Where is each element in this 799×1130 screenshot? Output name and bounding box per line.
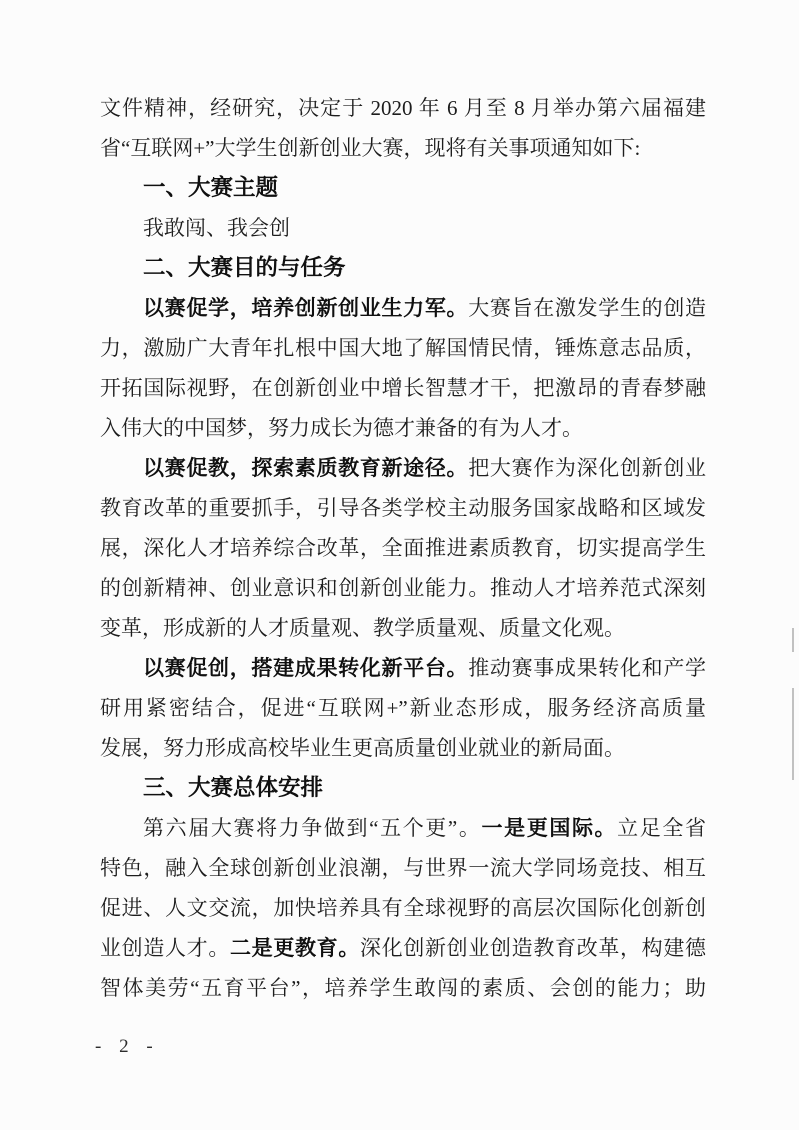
text-run: 特色，融入全球创新创业浪潮，与世界一流大学同场竞技、相互 [100, 856, 706, 880]
text-line: 以赛促学，培养创新创业生力军。大赛旨在激发学生的创造 [100, 288, 706, 328]
text-run: 研用紧密结合，促进“互联网+”新业态形成，服务经济高质量 [100, 696, 706, 720]
text-run: 发展，努力形成高校毕业生更高质量创业就业的新局面。 [100, 736, 625, 760]
text-line: 开拓国际视野，在创新创业中增长智慧才干，把激昂的青春梦融 [100, 368, 706, 408]
section-heading: 一、大赛主题 [100, 168, 706, 208]
text-line: 促进、人文交流，加快培养具有全球视野的高层次国际化创新创 [100, 888, 706, 928]
text-line: 展，深化人才培养综合改革，全面推进素质教育，切实提高学生 [100, 528, 706, 568]
scan-artifact-short [792, 628, 794, 652]
text-run: 力，激励广大青年扎根中国大地了解国情民情，锤炼意志品质， [100, 336, 706, 360]
text-run: 省“互联网+”大学生创新创业大赛，现将有关事项通知如下: [100, 136, 640, 160]
text-run: 业创造人才。 [100, 936, 230, 960]
bold-text-run: 一、大赛主题 [143, 175, 278, 200]
text-line: 业创造人才。二是更教育。深化创新创业创造教育改革，构建德 [100, 928, 706, 968]
section-heading: 三、大赛总体安排 [100, 768, 706, 808]
text-run: 文件精神，经研究，决定于 2020 年 6 月至 8 月举办第六届福建 [100, 96, 706, 120]
text-line: 我敢闯、我会创 [100, 208, 706, 248]
text-run: 立足全省 [617, 816, 706, 840]
text-run: 入伟大的中国梦，努力成长为德才兼备的有为人才。 [100, 416, 583, 440]
text-run: 智体美劳“五育平台”，培养学生敢闯的素质、会创的能力；助 [100, 976, 706, 1000]
text-run: 大赛旨在激发学生的创造 [468, 296, 706, 320]
text-run: 变革，形成新的人才质量观、教学质量观、质量文化观。 [100, 616, 625, 640]
section-heading: 二、大赛目的与任务 [100, 248, 706, 288]
text-line: 研用紧密结合，促进“互联网+”新业态形成，服务经济高质量 [100, 688, 706, 728]
text-run: 展，深化人才培养综合改革，全面推进素质教育，切实提高学生 [100, 536, 706, 560]
page-number: - 2 - [95, 1036, 156, 1058]
text-line: 文件精神，经研究，决定于 2020 年 6 月至 8 月举办第六届福建 [100, 88, 706, 128]
text-line: 第六届大赛将力争做到“五个更”。一是更国际。立足全省 [100, 808, 706, 848]
text-line: 教育改革的重要抓手，引导各类学校主动服务国家战略和区域发 [100, 488, 706, 528]
scan-artifact-long [792, 688, 794, 780]
text-run: 把大赛作为深化创新创业 [468, 456, 706, 480]
text-line: 力，激励广大青年扎根中国大地了解国情民情，锤炼意志品质， [100, 328, 706, 368]
text-run: 开拓国际视野，在创新创业中增长智慧才干，把激昂的青春梦融 [100, 376, 706, 400]
text-run: 促进、人文交流，加快培养具有全球视野的高层次国际化创新创 [100, 896, 706, 920]
text-line: 智体美劳“五育平台”，培养学生敢闯的素质、会创的能力；助 [100, 968, 706, 1008]
text-line: 的创新精神、创业意识和创新创业能力。推动人才培养范式深刻 [100, 568, 706, 608]
text-run: 深化创新创业创造教育改革，构建德 [360, 936, 706, 960]
bold-text-run: 以赛促创，搭建成果转化新平台。 [143, 657, 468, 680]
bold-text-run: 三、大赛总体安排 [143, 775, 323, 800]
text-run: 我敢闯、我会创 [143, 216, 290, 240]
bold-text-run: 二是更教育。 [230, 937, 360, 960]
bold-text-run: 一是更国际。 [481, 817, 617, 840]
text-block: 文件精神，经研究，决定于 2020 年 6 月至 8 月举办第六届福建省“互联网… [100, 88, 706, 1008]
text-line: 入伟大的中国梦，努力成长为德才兼备的有为人才。 [100, 408, 706, 448]
text-line: 发展，努力形成高校毕业生更高质量创业就业的新局面。 [100, 728, 706, 768]
bold-text-run: 以赛促教，探索素质教育新途径。 [143, 457, 468, 480]
text-line: 以赛促创，搭建成果转化新平台。推动赛事成果转化和产学 [100, 648, 706, 688]
text-run: 推动赛事成果转化和产学 [468, 656, 706, 680]
text-line: 以赛促教，探索素质教育新途径。把大赛作为深化创新创业 [100, 448, 706, 488]
bold-text-run: 以赛促学，培养创新创业生力军。 [143, 297, 468, 320]
text-line: 特色，融入全球创新创业浪潮，与世界一流大学同场竞技、相互 [100, 848, 706, 888]
document-page: 文件精神，经研究，决定于 2020 年 6 月至 8 月举办第六届福建省“互联网… [0, 0, 799, 1130]
text-run: 的创新精神、创业意识和创新创业能力。推动人才培养范式深刻 [100, 576, 706, 600]
text-run: 第六届大赛将力争做到“五个更”。 [143, 816, 481, 840]
bold-text-run: 二、大赛目的与任务 [143, 255, 346, 280]
text-line: 省“互联网+”大学生创新创业大赛，现将有关事项通知如下: [100, 128, 706, 168]
text-line: 变革，形成新的人才质量观、教学质量观、质量文化观。 [100, 608, 706, 648]
text-run: 教育改革的重要抓手，引导各类学校主动服务国家战略和区域发 [100, 496, 706, 520]
